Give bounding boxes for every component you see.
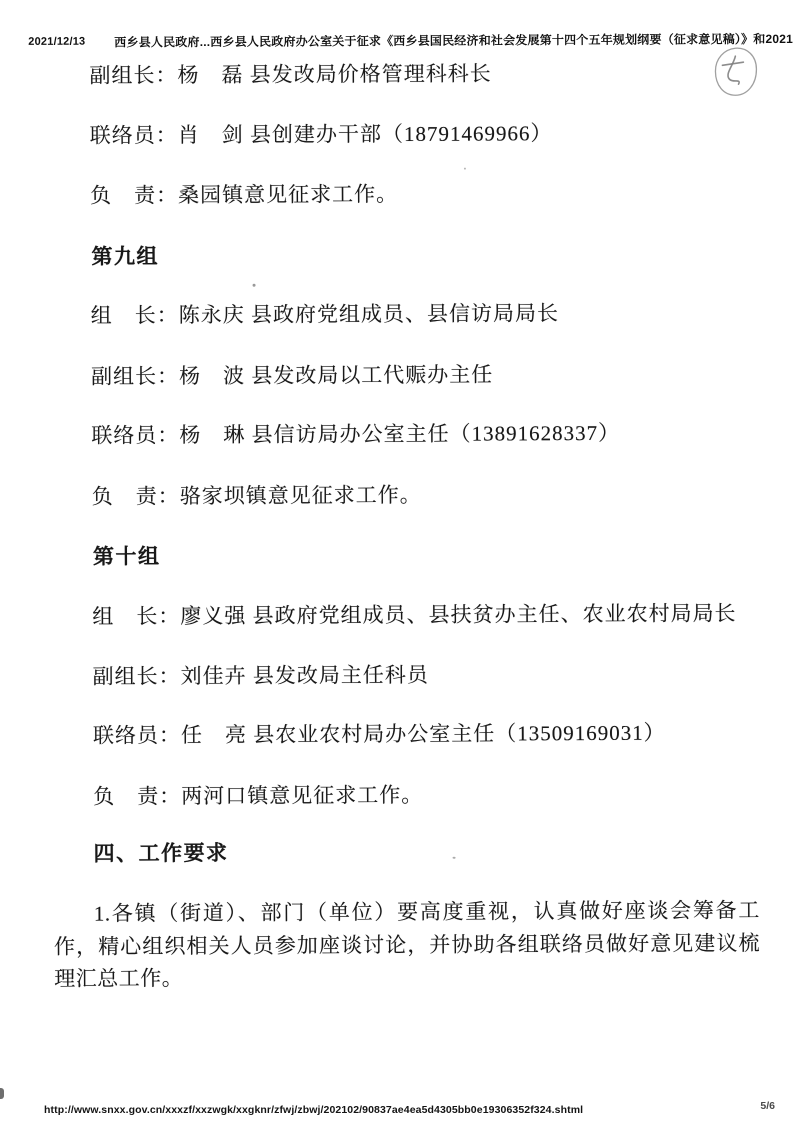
- liaison-line-group10: 联络员：任 亮 县农业农村局办公室主任（13509169031）: [93, 721, 666, 748]
- scan-speck: [253, 284, 256, 287]
- responsibility-line-group10: 负 责：两河口镇意见征求工作。: [93, 783, 423, 809]
- deputy-leader-line-group8: 副组长：杨 磊 县发改局价格管理科科长: [89, 61, 491, 87]
- deputy-leader-line-group9: 副组长：杨 波 县发改局以工代赈办主任: [91, 362, 493, 388]
- leader-line-group10: 组 长：廖义强 县政府党组成员、县扶贫办主任、农业农村局局长: [92, 601, 736, 628]
- scan-speck: [464, 168, 466, 170]
- printed-document-page: 2021/12/13 西乡县人民政府...西乡县人民政府办公室关于征求《西乡县国…: [0, 0, 793, 1122]
- group10-heading: 第十组: [93, 544, 161, 568]
- liaison-line-group8: 联络员：肖 剑 县创建办干部（18791469966）: [90, 121, 553, 147]
- responsibility-line-group9: 负 责：骆家坝镇意见征求工作。: [92, 483, 422, 509]
- liaison-line-group9: 联络员：杨 琳 县信访局办公室主任（13891628337）: [91, 421, 620, 448]
- handwritten-circled-mark-icon: [702, 38, 772, 108]
- deputy-leader-line-group10: 副组长：刘佳卉 县发改局主任科员: [93, 663, 429, 689]
- section-heading-work-requirements: 四、工作要求: [93, 841, 228, 866]
- responsibility-line-group8: 负 责：桑园镇意见征求工作。: [90, 182, 398, 208]
- print-footer-url: http://www.snxx.gov.cn/xxxzf/xxzwgk/xxgk…: [44, 1104, 583, 1116]
- group9-heading: 第九组: [91, 244, 159, 268]
- print-header: 2021/12/13 西乡县人民政府...西乡县人民政府办公室关于征求《西乡县国…: [0, 30, 790, 34]
- leader-line-group9: 组 长：陈永庆 县政府党组成员、县信访局局长: [91, 301, 559, 327]
- print-title: 西乡县人民政府...西乡县人民政府办公室关于征求《西乡县国民经济和社会发展第十四…: [114, 30, 793, 51]
- scan-edge-smudge: [0, 1088, 4, 1099]
- print-date: 2021/12/13: [28, 36, 85, 48]
- work-requirements-paragraph: 1.各镇（街道）、部门（单位）要高度重视，认真做好座谈会筹备工作，精心组织相关人…: [54, 894, 761, 995]
- print-page-number: 5/6: [760, 1100, 775, 1112]
- scan-speck: [453, 857, 456, 859]
- scanned-page-content: 2021/12/13 西乡县人民政府...西乡县人民政府办公室关于征求《西乡县国…: [0, 0, 793, 1122]
